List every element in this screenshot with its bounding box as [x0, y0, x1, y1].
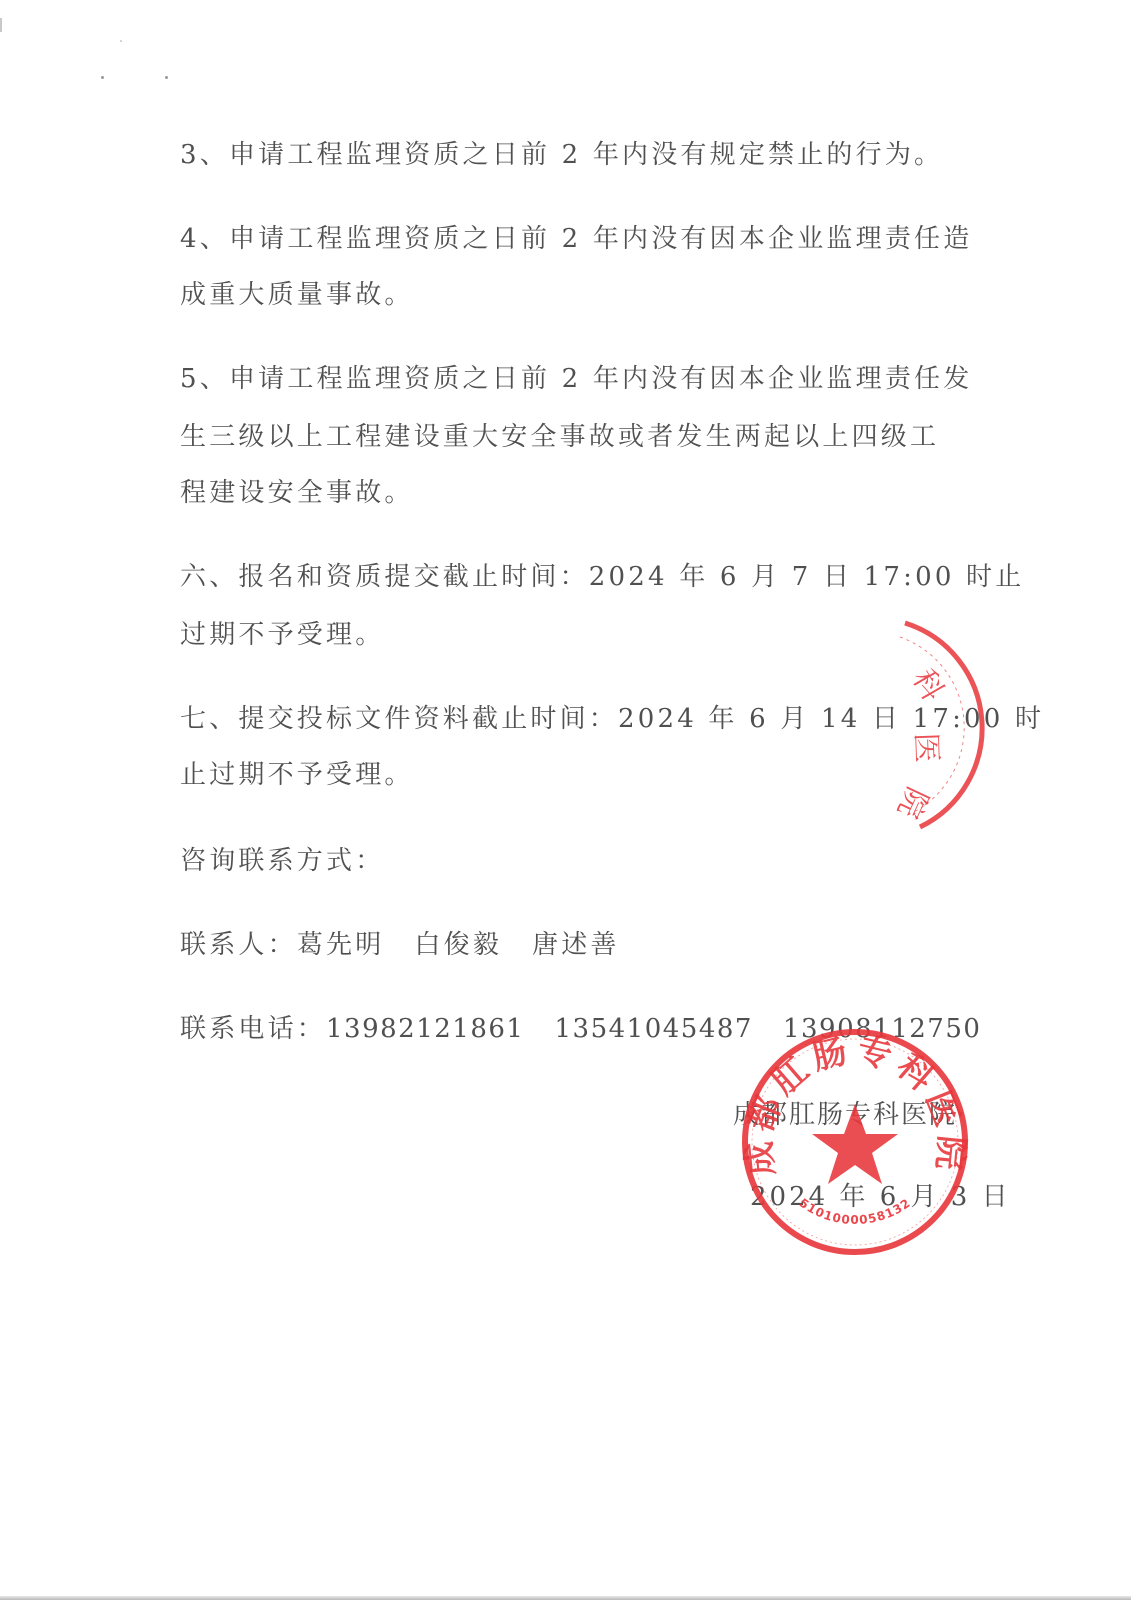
scan-speck	[165, 76, 168, 79]
contact-person: 葛先明	[297, 930, 385, 960]
seal-code-text: 5101000058132	[797, 1196, 914, 1227]
section-7-line-2: 止过期不予受理。	[180, 760, 414, 790]
star-icon	[812, 1104, 898, 1184]
contact-phone: 13541045487	[554, 1014, 752, 1044]
partial-seal-glyph: 院	[890, 782, 934, 824]
contact-phones-label: 联系电话：	[180, 1014, 326, 1044]
contact-persons-label: 联系人：	[180, 930, 297, 960]
contact-heading: 咨询联系方式：	[180, 846, 384, 876]
partial-seal-stamp: 科 医 院	[860, 615, 1000, 835]
scan-bottom-edge	[0, 1596, 1131, 1600]
scan-speck	[120, 40, 122, 42]
section-6-line-1: 六、报名和资质提交截止时间：2024 年 6 月 7 日 17:00 时止	[180, 562, 1024, 592]
contact-person: 唐述善	[532, 930, 620, 960]
item-4-line-2: 成重大质量事故。	[180, 280, 414, 310]
scan-speck	[101, 76, 104, 79]
official-seal-stamp: 成都肛肠专科医院 5101000058132	[735, 1022, 975, 1262]
partial-seal-glyph: 医	[908, 732, 944, 763]
item-4-line-1: 4、申请工程监理资质之日前 2 年内没有因本企业监理责任造	[180, 224, 972, 254]
item-5-line-3: 程建设安全事故。	[180, 478, 414, 508]
partial-seal-glyph: 科	[905, 664, 950, 707]
item-3-line-1: 3、申请工程监理资质之日前 2 年内没有规定禁止的行为。	[180, 140, 943, 170]
item-5-line-2: 生三级以上工程建设重大安全事故或者发生两起以上四级工	[180, 422, 939, 452]
scan-edge-mark	[0, 18, 2, 32]
document-page: 3、申请工程监理资质之日前 2 年内没有规定禁止的行为。 4、申请工程监理资质之…	[0, 0, 1131, 1600]
contact-person: 白俊毅	[414, 930, 502, 960]
item-5-line-1: 5、申请工程监理资质之日前 2 年内没有因本企业监理责任发	[180, 364, 972, 394]
section-6-line-2: 过期不予受理。	[180, 620, 384, 650]
contact-phone: 13982121861	[326, 1014, 524, 1044]
contact-persons-row: 联系人：葛先明白俊毅唐述善	[180, 930, 620, 960]
